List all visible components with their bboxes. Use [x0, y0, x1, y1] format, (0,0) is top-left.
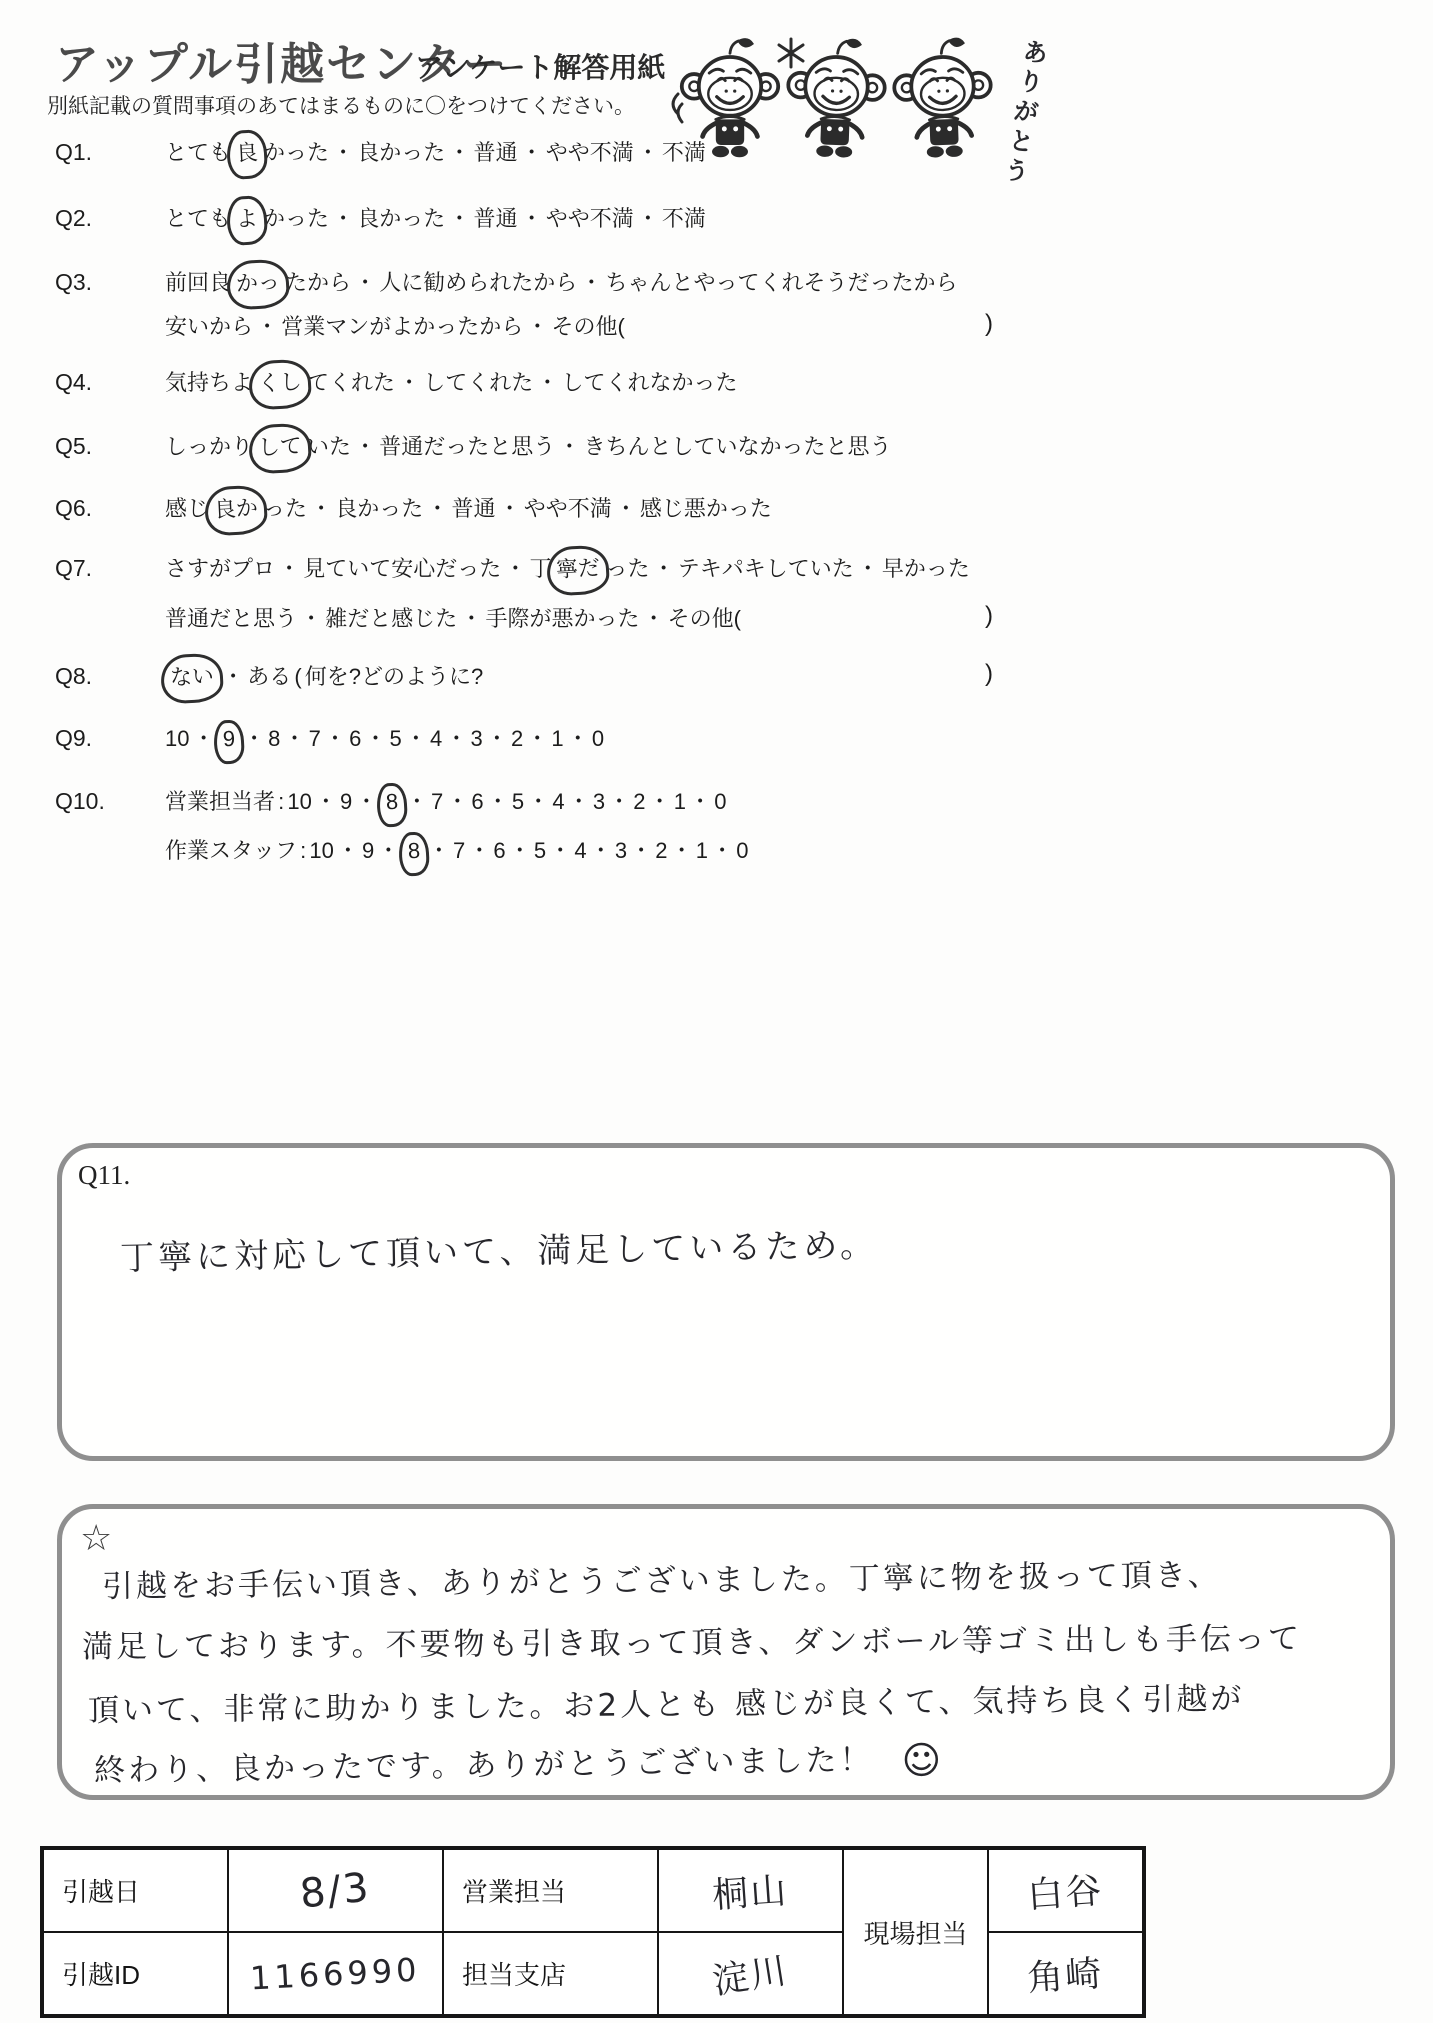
question-q6: Q6.感じ良かった ・ 良かった ・ 普通 ・ やや不満 ・ 感じ悪かった [55, 492, 772, 526]
site-staff-value-2: 角崎 [988, 1932, 1143, 2015]
circled-answer: 寧だ [546, 544, 610, 596]
sales-rep-label: 営業担当 [443, 1849, 658, 1932]
circled-answer-text: くし [257, 369, 302, 396]
question-q7: Q7.さすがプロ ・ 見ていて安心だった ・ 丁寧だった ・ テキパキしていた … [55, 552, 970, 586]
question-label: Q1. [55, 139, 165, 166]
option-text: ・ 8 ・ 7 ・ 6 ・ 5 ・ 4 ・ 3 ・ 2 ・ 1 ・ 0 [240, 726, 604, 751]
handwritten-comment-line: 終わり、良かったです。ありがとうございました！☺ [94, 1733, 945, 1794]
question-options: 営業担当者 : 10 ・ 9 ・ 8 ・ 7 ・ 6 ・ 5 ・ 4 ・ 3 ・… [165, 789, 726, 814]
circled-answer-text: 良か [213, 495, 258, 522]
handwritten-comment-line: 頂いて、非常に助かりました。お2人とも 感じが良くて、気持ち良く引越が [88, 1673, 1245, 1730]
circled-answer: 8 [375, 782, 408, 828]
question-options: しっかりしていた ・ 普通だったと思う ・ きちんとしていなかったと思う [165, 434, 891, 459]
circled-answer: 良か [204, 484, 268, 536]
option-text: ・ 7 ・ 6 ・ 5 ・ 4 ・ 3 ・ 2 ・ 1 ・ 0 [425, 838, 749, 863]
star-icon: ☆ [80, 1517, 112, 1559]
monkeys-illustration: ありがとう [678, 34, 1118, 194]
option-text: 気持ちよ [165, 370, 253, 395]
question-q3-line2: 安いから ・ 営業マンがよかったから ・ その他( ) [55, 310, 625, 341]
monkey-icon [782, 32, 891, 170]
option-text: 10 ・ [165, 726, 218, 751]
circled-answer-text: ない [169, 663, 214, 690]
survey-sheet: アップル引越センター アンケート解答用紙 別紙記載の質問事項のあてはまるものに〇… [0, 0, 1433, 2023]
close-paren: ) [985, 310, 993, 338]
option-text: った ・ 良かった ・ 普通 ・ やや不満 ・ 感じ悪かった [263, 496, 772, 521]
option-text: 安いから ・ 営業マンがよかったから ・ その他( [165, 314, 625, 339]
option-text: ・ ある ( 何を?どのように? [219, 664, 483, 689]
form-title: アンケート解答用紙 [415, 46, 665, 86]
q11-answer-box: Q11. 丁寧に対応して頂いて、満足しているため。 [57, 1143, 1395, 1461]
option-text: かった ・ 良かった ・ 普通 ・ やや不満 ・ 不満 [263, 140, 706, 165]
option-text: 前回良 [165, 270, 231, 295]
branch-value: 淀川 [658, 1932, 843, 2015]
circled-answer-text: 寧だ [556, 555, 601, 582]
question-label: Q8. [55, 663, 165, 690]
question-label: Q2. [55, 205, 165, 232]
question-label: Q9. [55, 725, 165, 752]
close-paren: ) [985, 660, 993, 688]
option-text: とても [165, 206, 231, 231]
footer-info-table: 引越日 8/3 営業担当 桐山 現場担当 白谷 引越ID 1166990 担当支… [40, 1846, 1146, 2018]
move-id-label: 引越ID [43, 1932, 228, 2015]
question-label: Q10. [55, 788, 165, 815]
thanks-note: ありがとう [994, 36, 1053, 190]
move-date-value: 8/3 [228, 1849, 443, 1932]
option-text: かった ・ 良かった ・ 普通 ・ やや不満 ・ 不満 [263, 206, 706, 231]
question-q10-line2: 作業スタッフ : 10 ・ 9 ・ 8 ・ 7 ・ 6 ・ 5 ・ 4 ・ 3 … [55, 834, 748, 867]
close-paren: ) [985, 602, 993, 630]
smiley-face-icon: ☺ [901, 1738, 944, 1783]
handwritten-comment-line: 引越をお手伝い頂き、ありがとうございました。丁寧に物を扱って頂き、 [102, 1549, 1222, 1606]
handwritten-comment-line: 満足しております。不要物も引き取って頂き、ダンボール等ゴミ出しも手伝って [82, 1613, 1302, 1667]
option-text: てくれた ・ してくれた ・ してくれなかった [307, 370, 737, 395]
handwritten-comment-text: 終わり、良かったです。ありがとうございました！ [94, 1742, 874, 1789]
question-q4: Q4.気持ちよくしてくれた ・ してくれた ・ してくれなかった [55, 366, 737, 400]
option-text: いた ・ 普通だったと思う ・ きちんとしていなかったと思う [307, 434, 891, 459]
option-text: 感じ [165, 496, 209, 521]
option-text: ・ 7 ・ 6 ・ 5 ・ 4 ・ 3 ・ 2 ・ 1 ・ 0 [403, 789, 727, 814]
option-text: 営業担当者 : 10 ・ 9 ・ [165, 789, 381, 814]
option-text: った ・ テキパキしていた ・ 早かった [605, 556, 969, 581]
question-q2: Q2.とてもよかった ・ 良かった ・ 普通 ・ やや不満 ・ 不満 [55, 202, 706, 236]
circled-answer: 良 [226, 129, 269, 180]
branch-label: 担当支店 [443, 1932, 658, 2015]
question-options: さすがプロ ・ 見ていて安心だった ・ 丁寧だった ・ テキパキしていた ・ 早… [165, 556, 970, 581]
question-options: 前回良かったから ・ 人に勧められたから ・ ちゃんとやってくれそうだったから [165, 270, 957, 295]
move-date-label: 引越日 [43, 1849, 228, 1932]
option-text: 普通だと思う ・ 雑だと感じた ・ 手際が悪かった ・ その他( [165, 606, 741, 631]
motion-lines-icon [664, 92, 684, 138]
question-options: 感じ良かった ・ 良かった ・ 普通 ・ やや不満 ・ 感じ悪かった [165, 496, 772, 521]
circled-answer: 8 [397, 831, 430, 877]
question-options: とてもよかった ・ 良かった ・ 普通 ・ やや不満 ・ 不満 [165, 206, 706, 231]
circled-answer: よ [226, 195, 269, 246]
question-options: 10 ・ 9 ・ 8 ・ 7 ・ 6 ・ 5 ・ 4 ・ 3 ・ 2 ・ 1 ・… [165, 726, 604, 751]
circled-answer-text: 8 [407, 838, 421, 864]
site-staff-label: 現場担当 [843, 1849, 988, 2015]
option-text: しっかり [165, 434, 253, 459]
option-text: さすがプロ ・ 見ていて安心だった ・ 丁 [165, 556, 551, 581]
question-label: Q4. [55, 369, 165, 396]
question-label: Q3. [55, 269, 165, 296]
question-options: 作業スタッフ : 10 ・ 9 ・ 8 ・ 7 ・ 6 ・ 5 ・ 4 ・ 3 … [165, 838, 748, 863]
circled-answer: かっ [226, 258, 290, 310]
question-q9: Q9.10 ・ 9 ・ 8 ・ 7 ・ 6 ・ 5 ・ 4 ・ 3 ・ 2 ・ … [55, 722, 604, 755]
handwritten-value: 1166990 [249, 1950, 421, 1997]
handwritten-value: 8/3 [298, 1864, 373, 1917]
question-q8: Q8.ない ・ ある ( 何を?どのように? ) [55, 660, 483, 694]
circled-answer-text: かっ [235, 269, 280, 296]
site-staff-value-1: 白谷 [988, 1849, 1143, 1932]
monkey-icon [889, 32, 998, 170]
question-options: ない ・ ある ( 何を?どのように? [165, 664, 483, 689]
question-label: Q5. [55, 433, 165, 460]
question-q7-line2: 普通だと思う ・ 雑だと感じた ・ 手際が悪かった ・ その他( ) [55, 602, 741, 633]
circled-answer: して [248, 422, 312, 474]
comment-box: ☆ 引越をお手伝い頂き、ありがとうございました。丁寧に物を扱って頂き、 満足して… [57, 1504, 1395, 1800]
question-label: Q6. [55, 495, 165, 522]
option-text: とても [165, 140, 231, 165]
circled-answer: ない [160, 652, 224, 704]
sales-rep-value: 桐山 [658, 1849, 843, 1932]
question-options: 気持ちよくしてくれた ・ してくれた ・ してくれなかった [165, 370, 737, 395]
instruction-text: 別紙記載の質問事項のあてはまるものに〇をつけてください。 [47, 90, 635, 120]
question-q5: Q5.しっかりしていた ・ 普通だったと思う ・ きちんとしていなかったと思う [55, 430, 891, 464]
circled-answer-text: して [257, 433, 302, 460]
move-id-value: 1166990 [228, 1932, 443, 2015]
handwritten-value: 淀川 [709, 1942, 792, 2004]
handwritten-value: 桐山 [711, 1862, 790, 1918]
question-q1: Q1.とても良かった ・ 良かった ・ 普通 ・ やや不満 ・ 不満 [55, 136, 706, 170]
circled-answer: くし [248, 358, 312, 410]
circled-answer-text: 9 [222, 726, 236, 752]
question-options: とても良かった ・ 良かった ・ 普通 ・ やや不満 ・ 不満 [165, 140, 706, 165]
handwritten-answer: 丁寧に対応して頂いて、満足しているため。 [120, 1217, 879, 1279]
handwritten-value: 角崎 [1026, 1945, 1105, 2001]
question-q3: Q3.前回良かったから ・ 人に勧められたから ・ ちゃんとやってくれそうだった… [55, 266, 957, 300]
circled-answer-text: よ [235, 205, 258, 231]
question-label: Q11. [78, 1160, 130, 1191]
circled-answer-text: 良 [235, 139, 258, 165]
option-text: たから ・ 人に勧められたから ・ ちゃんとやってくれそうだったから [285, 270, 957, 295]
handwritten-value: 白谷 [1026, 1862, 1105, 1918]
option-text: 作業スタッフ : 10 ・ 9 ・ [165, 838, 403, 863]
question-q10: Q10.営業担当者 : 10 ・ 9 ・ 8 ・ 7 ・ 6 ・ 5 ・ 4 ・… [55, 785, 726, 818]
circled-answer-text: 8 [385, 789, 399, 815]
question-label: Q7. [55, 555, 165, 582]
